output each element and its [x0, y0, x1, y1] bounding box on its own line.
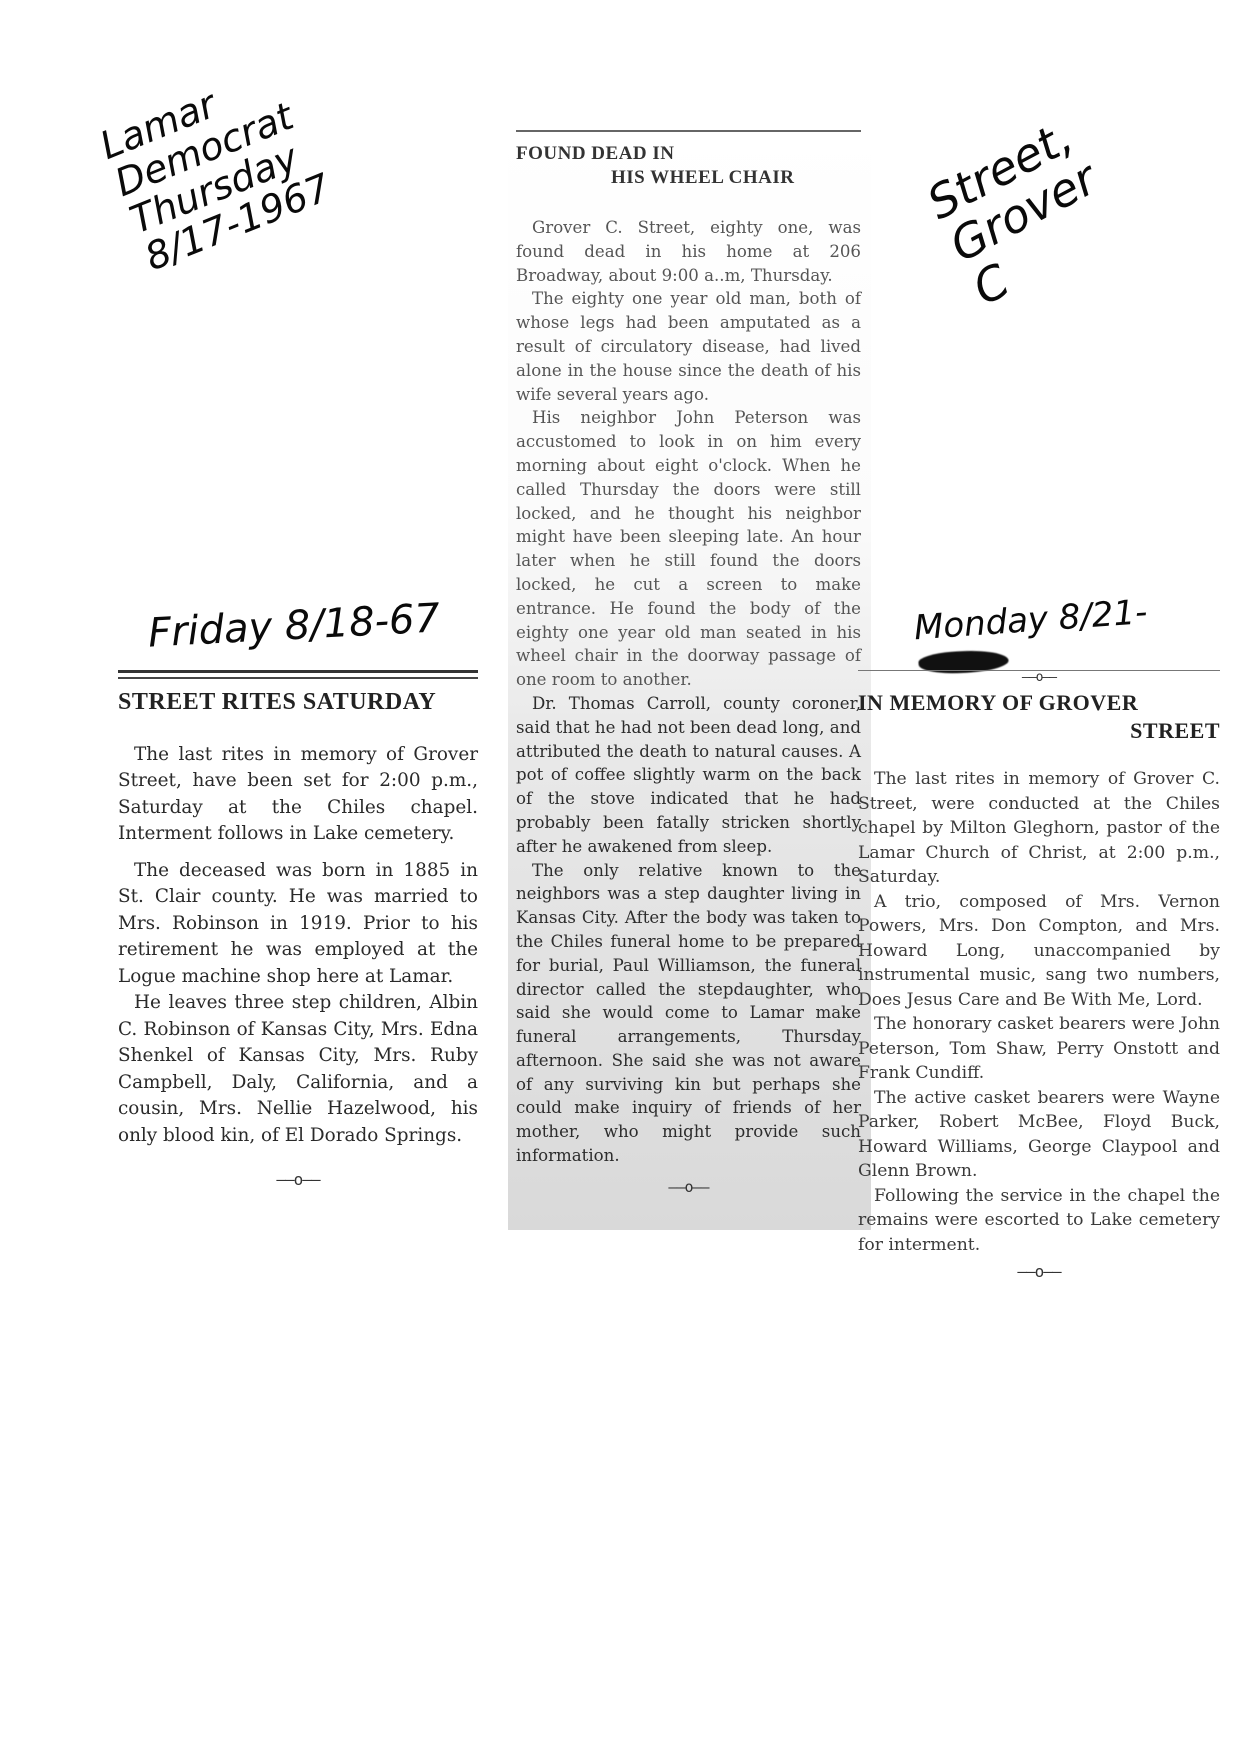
paragraph: The honorary casket bearers were John Pe… — [858, 1012, 1220, 1086]
headline: FOUND DEAD IN HIS WHEEL CHAIR — [516, 142, 861, 190]
headline-line-2: STREET — [858, 717, 1220, 745]
headline-line-2: HIS WHEEL CHAIR — [516, 166, 861, 190]
handwritten-note-publication-date: Lamar Democrat Thursday 8/17-1967 — [95, 40, 377, 278]
paragraph: The eighty one year old man, both of who… — [516, 287, 861, 406]
paragraph: Dr. Thomas Carroll, county coroner, said… — [516, 692, 861, 859]
paragraph: His neighbor John Peterson was accustome… — [516, 406, 861, 692]
headline: STREET RITES SATURDAY — [118, 689, 478, 716]
clipping-in-memory-of-grover-street: ——o—— IN MEMORY OF GROVER STREET The las… — [858, 670, 1220, 1283]
paragraph: A trio, composed of Mrs. Vernon Powers, … — [858, 890, 1220, 1013]
end-mark: ——o—— — [858, 1265, 1220, 1279]
clipping-found-dead-in-wheel-chair: FOUND DEAD IN HIS WHEEL CHAIR Grover C. … — [508, 128, 871, 1230]
paragraph: The active casket bearers were Wayne Par… — [858, 1086, 1220, 1184]
handwritten-note-monday-date: Monday 8/21- — [913, 589, 1239, 683]
headline: IN MEMORY OF GROVER STREET — [858, 689, 1220, 745]
paragraph: The last rites in memory of Grover Stree… — [118, 742, 478, 848]
end-mark: ——o—— — [118, 1167, 478, 1194]
paragraph: The deceased was born in 1885 in St. Cla… — [118, 858, 478, 991]
paragraph: The last rites in memory of Grover C. St… — [858, 767, 1220, 890]
monday-date-text: Monday 8/21- — [913, 592, 1149, 648]
clipping-street-rites-saturday: STREET RITES SATURDAY The last rites in … — [118, 670, 478, 1194]
top-rule — [516, 130, 861, 132]
double-rule-divider — [118, 670, 478, 679]
paragraph: He leaves three step children, Albin C. … — [118, 990, 478, 1149]
headline-line-1: FOUND DEAD IN — [516, 143, 675, 164]
paragraph: Following the service in the chapel the … — [858, 1184, 1220, 1258]
handwritten-note-friday-date: Friday 8/18-67 — [147, 597, 441, 654]
paragraph: The only relative known to the neighbors… — [516, 859, 861, 1168]
paragraph: Grover C. Street, eighty one, was found … — [516, 216, 861, 287]
headline-line-1: IN MEMORY OF GROVER — [858, 690, 1138, 715]
handwritten-note-name: Street, Grover C — [920, 82, 1182, 313]
end-mark: ——o—— — [516, 1176, 861, 1200]
top-mark: ——o—— — [858, 671, 1220, 685]
